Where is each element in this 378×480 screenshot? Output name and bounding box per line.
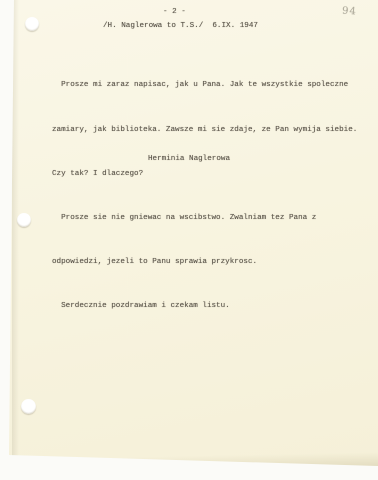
signature-typed-name: Herminia Naglerowa	[148, 152, 230, 167]
body-line: zamiary, jak biblioteka. Zawsze mi sie z…	[52, 123, 357, 138]
paper-sheet: - 2 - /H. Naglerowa to T.S./ 6.IX. 1947 …	[0, 0, 378, 480]
pencil-page-number: 94	[342, 5, 357, 17]
letter-body: Prosze mi zaraz napisac, jak u Pana. Jak…	[52, 49, 357, 343]
punch-hole-middle	[17, 213, 31, 227]
body-line: odpowiedzi, jezeli to Panu sprawia przyk…	[52, 255, 357, 270]
punch-hole-top	[25, 17, 39, 31]
scanned-letter-page: - 2 - /H. Naglerowa to T.S./ 6.IX. 1947 …	[0, 0, 378, 480]
body-line: Serdecznie pozdrawiam i czekam listu.	[52, 299, 357, 314]
punch-hole-bottom	[21, 399, 36, 414]
body-line: Prosze sie nie gniewac na wscibstwo. Zwa…	[52, 211, 357, 226]
body-line: Czy tak? I dlaczego?	[52, 167, 357, 182]
body-line: Prosze mi zaraz napisac, jak u Pana. Jak…	[52, 78, 357, 93]
letter-header-attribution: /H. Naglerowa to T.S./ 6.IX. 1947	[103, 19, 258, 34]
page-number: - 2 -	[163, 5, 186, 20]
